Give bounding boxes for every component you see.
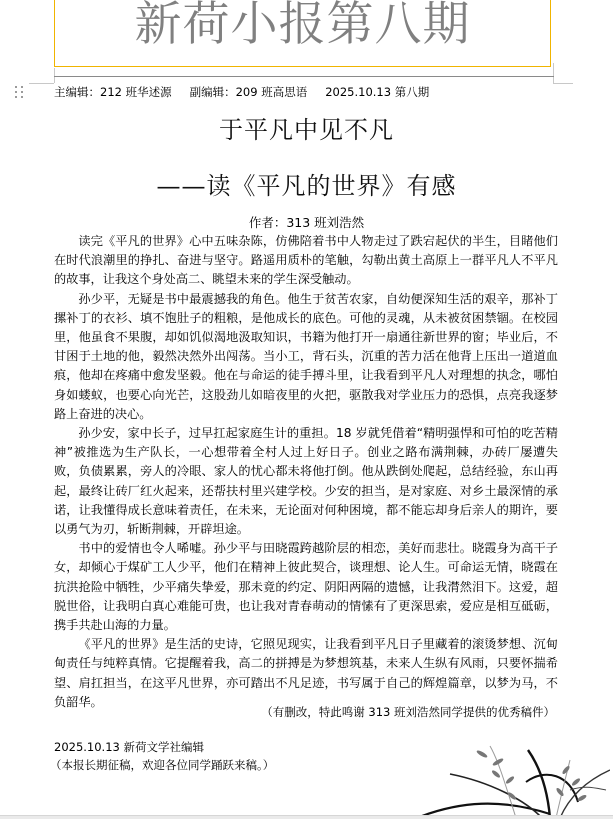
document-page: 新荷小报第八期 主编辑：212 班华述源副编辑：209 班高思语2025.10.…	[0, 0, 613, 819]
drag-handle-icon[interactable]	[15, 86, 24, 99]
margin-mark-right-horizontal	[553, 83, 573, 84]
article-title: 于平凡中见不凡	[0, 114, 613, 146]
header-divider	[54, 76, 554, 77]
footer-editor-line: 2025.10.13 新荷文学社编辑	[54, 739, 204, 755]
article-subtitle: ——读《平凡的世界》有感	[0, 168, 613, 204]
margin-mark-right-vertical	[553, 63, 554, 83]
bottom-scroll-area[interactable]	[0, 815, 613, 819]
paragraph: 《平凡的世界》是生活的史诗，它照见现实，让我看到平凡日子里藏着的滚烫梦想、沉甸甸…	[54, 635, 558, 712]
article-body[interactable]: 读完《平凡的世界》心中五味杂陈，仿佛陪着书中人物走过了跌宕起伏的半生，目睹他们在…	[54, 232, 558, 712]
orchid-illustration-icon	[420, 740, 610, 818]
margin-mark-left-horizontal	[29, 83, 54, 84]
paragraph: 书中的爱情也令人唏嘘。孙少平与田晓霞跨越阶层的相恋，美好而悲壮。晓霞身为高干子女…	[54, 539, 558, 635]
editor-info-line: 主编辑：212 班华述源副编辑：209 班高思语2025.10.13 第八期	[54, 84, 447, 100]
masthead-title[interactable]: 新荷小报第八期	[55, 0, 550, 54]
deputy-editor: 副编辑：209 班高思语	[190, 85, 308, 99]
issue-date: 2025.10.13 第八期	[325, 85, 429, 99]
footer-call-for-submissions: （本报长期征稿，欢迎各位同学踊跃来稿。）	[50, 757, 274, 773]
paragraph: 孙少平，无疑是书中最震撼我的角色。他生于贫苦农家，自幼便深知生活的艰辛，那补丁摞…	[54, 290, 558, 424]
paragraph: 孙少安，家中长子，过早扛起家庭生计的重担。18 岁就凭借着“精明强悍和可怕的吃苦…	[54, 424, 558, 539]
editor-in-chief: 主编辑：212 班华述源	[54, 85, 172, 99]
article-credit: （有删改，特此鸣谢 313 班刘浩然同学提供的优秀稿件）	[261, 704, 555, 720]
article-author: 作者：313 班刘浩然	[0, 214, 613, 232]
paragraph: 读完《平凡的世界》心中五味杂陈，仿佛陪着书中人物走过了跌宕起伏的半生，目睹他们在…	[54, 232, 558, 290]
masthead-box[interactable]: 新荷小报第八期	[54, 0, 551, 67]
